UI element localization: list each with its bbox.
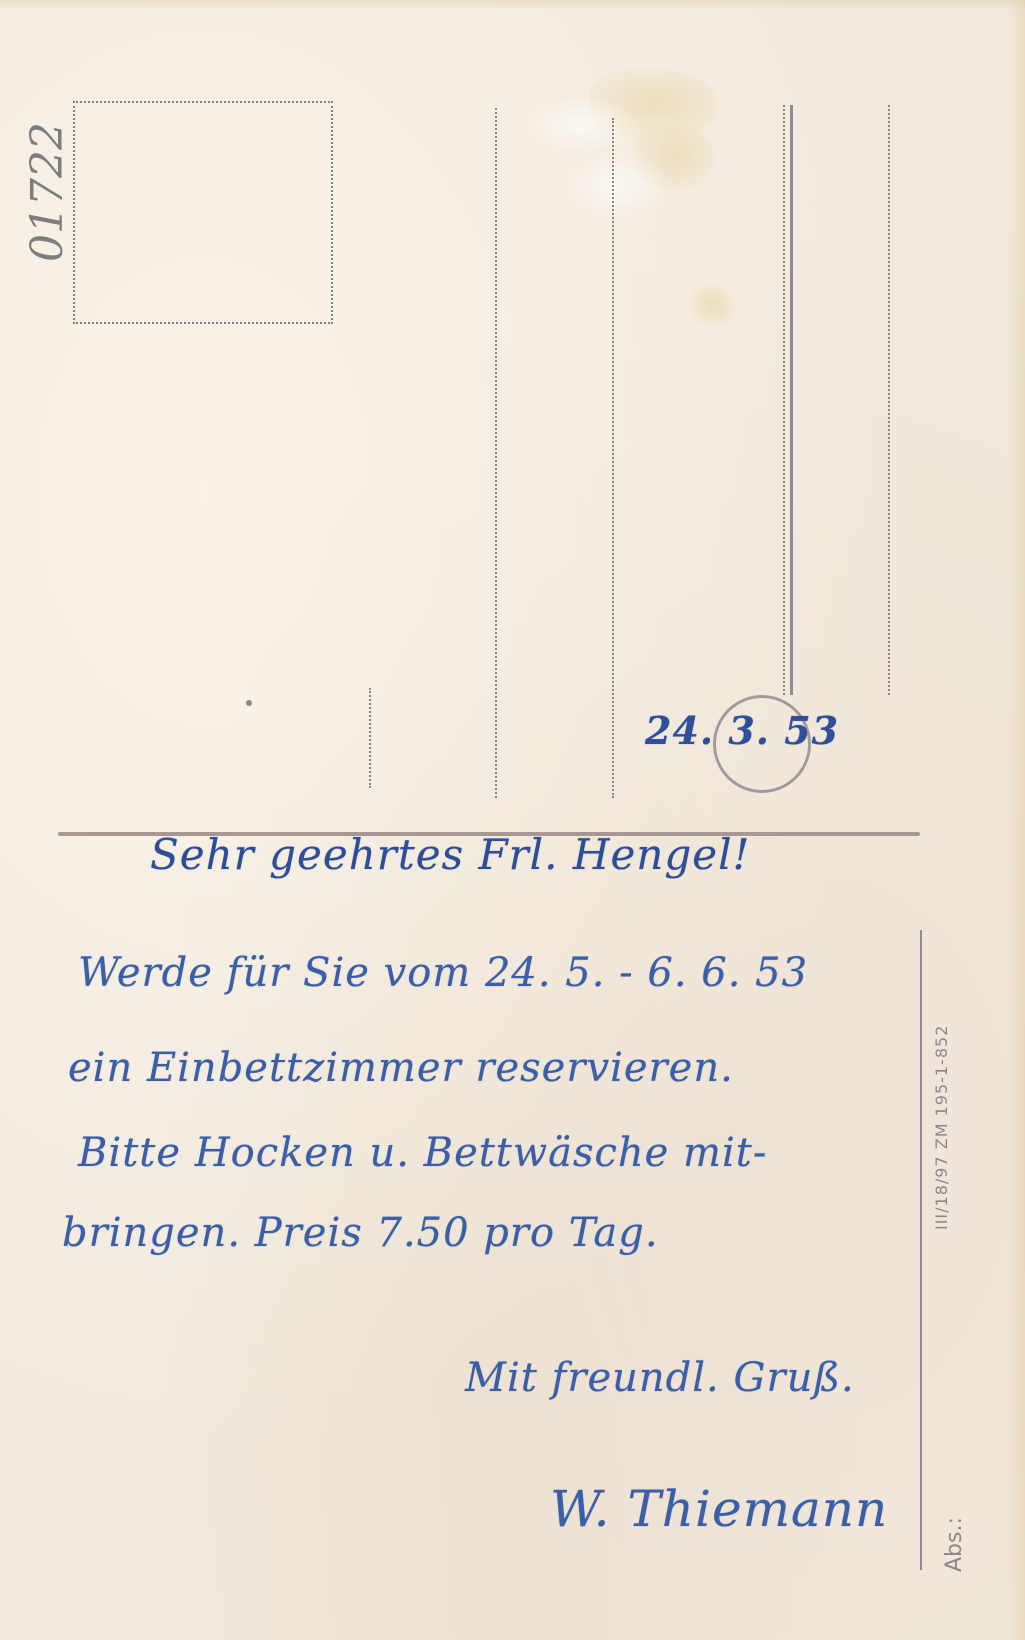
postmark-date: 24. 3. 53 xyxy=(645,708,839,753)
message-salutation: Sehr geehrtes Frl. Hengel! xyxy=(150,830,750,879)
address-solid-line xyxy=(790,105,793,695)
archive-number: 01722 xyxy=(22,122,73,262)
postcard-back: 01722 24. 3. 53 III/18/97 ZM 195-1-852 A… xyxy=(0,0,1025,1640)
message-line-1: Werde für Sie vom 24. 5. - 6. 6. 53 xyxy=(78,950,808,996)
paper-tear xyxy=(560,150,670,220)
address-dotted-line-1 xyxy=(495,108,497,798)
right-edge-stain xyxy=(1007,0,1025,1640)
printed-code: III/18/97 ZM 195-1-852 xyxy=(932,1025,951,1230)
signature: W. Thiemann xyxy=(550,1480,888,1538)
message-line-2: ein Einbettzimmer reservieren. xyxy=(68,1045,734,1091)
glue-spot xyxy=(690,285,735,325)
top-edge-stain xyxy=(0,0,1025,10)
message-line-3: Bitte Hocken u. Bettwäsche mit- xyxy=(78,1130,767,1176)
sender-label: Abs.: xyxy=(942,1517,967,1572)
stamp-placeholder-box xyxy=(73,101,333,324)
address-dotted-line-2 xyxy=(612,118,614,798)
address-dotted-line-4 xyxy=(888,105,890,695)
sender-column-line xyxy=(920,930,922,1570)
short-dotted-line xyxy=(369,688,371,788)
message-closing: Mit freundl. Gruß. xyxy=(465,1355,855,1401)
paper-tear xyxy=(520,95,640,155)
ink-speck xyxy=(246,700,252,706)
address-dotted-line-3 xyxy=(783,105,785,695)
message-line-4: bringen. Preis 7.50 pro Tag. xyxy=(62,1210,659,1256)
